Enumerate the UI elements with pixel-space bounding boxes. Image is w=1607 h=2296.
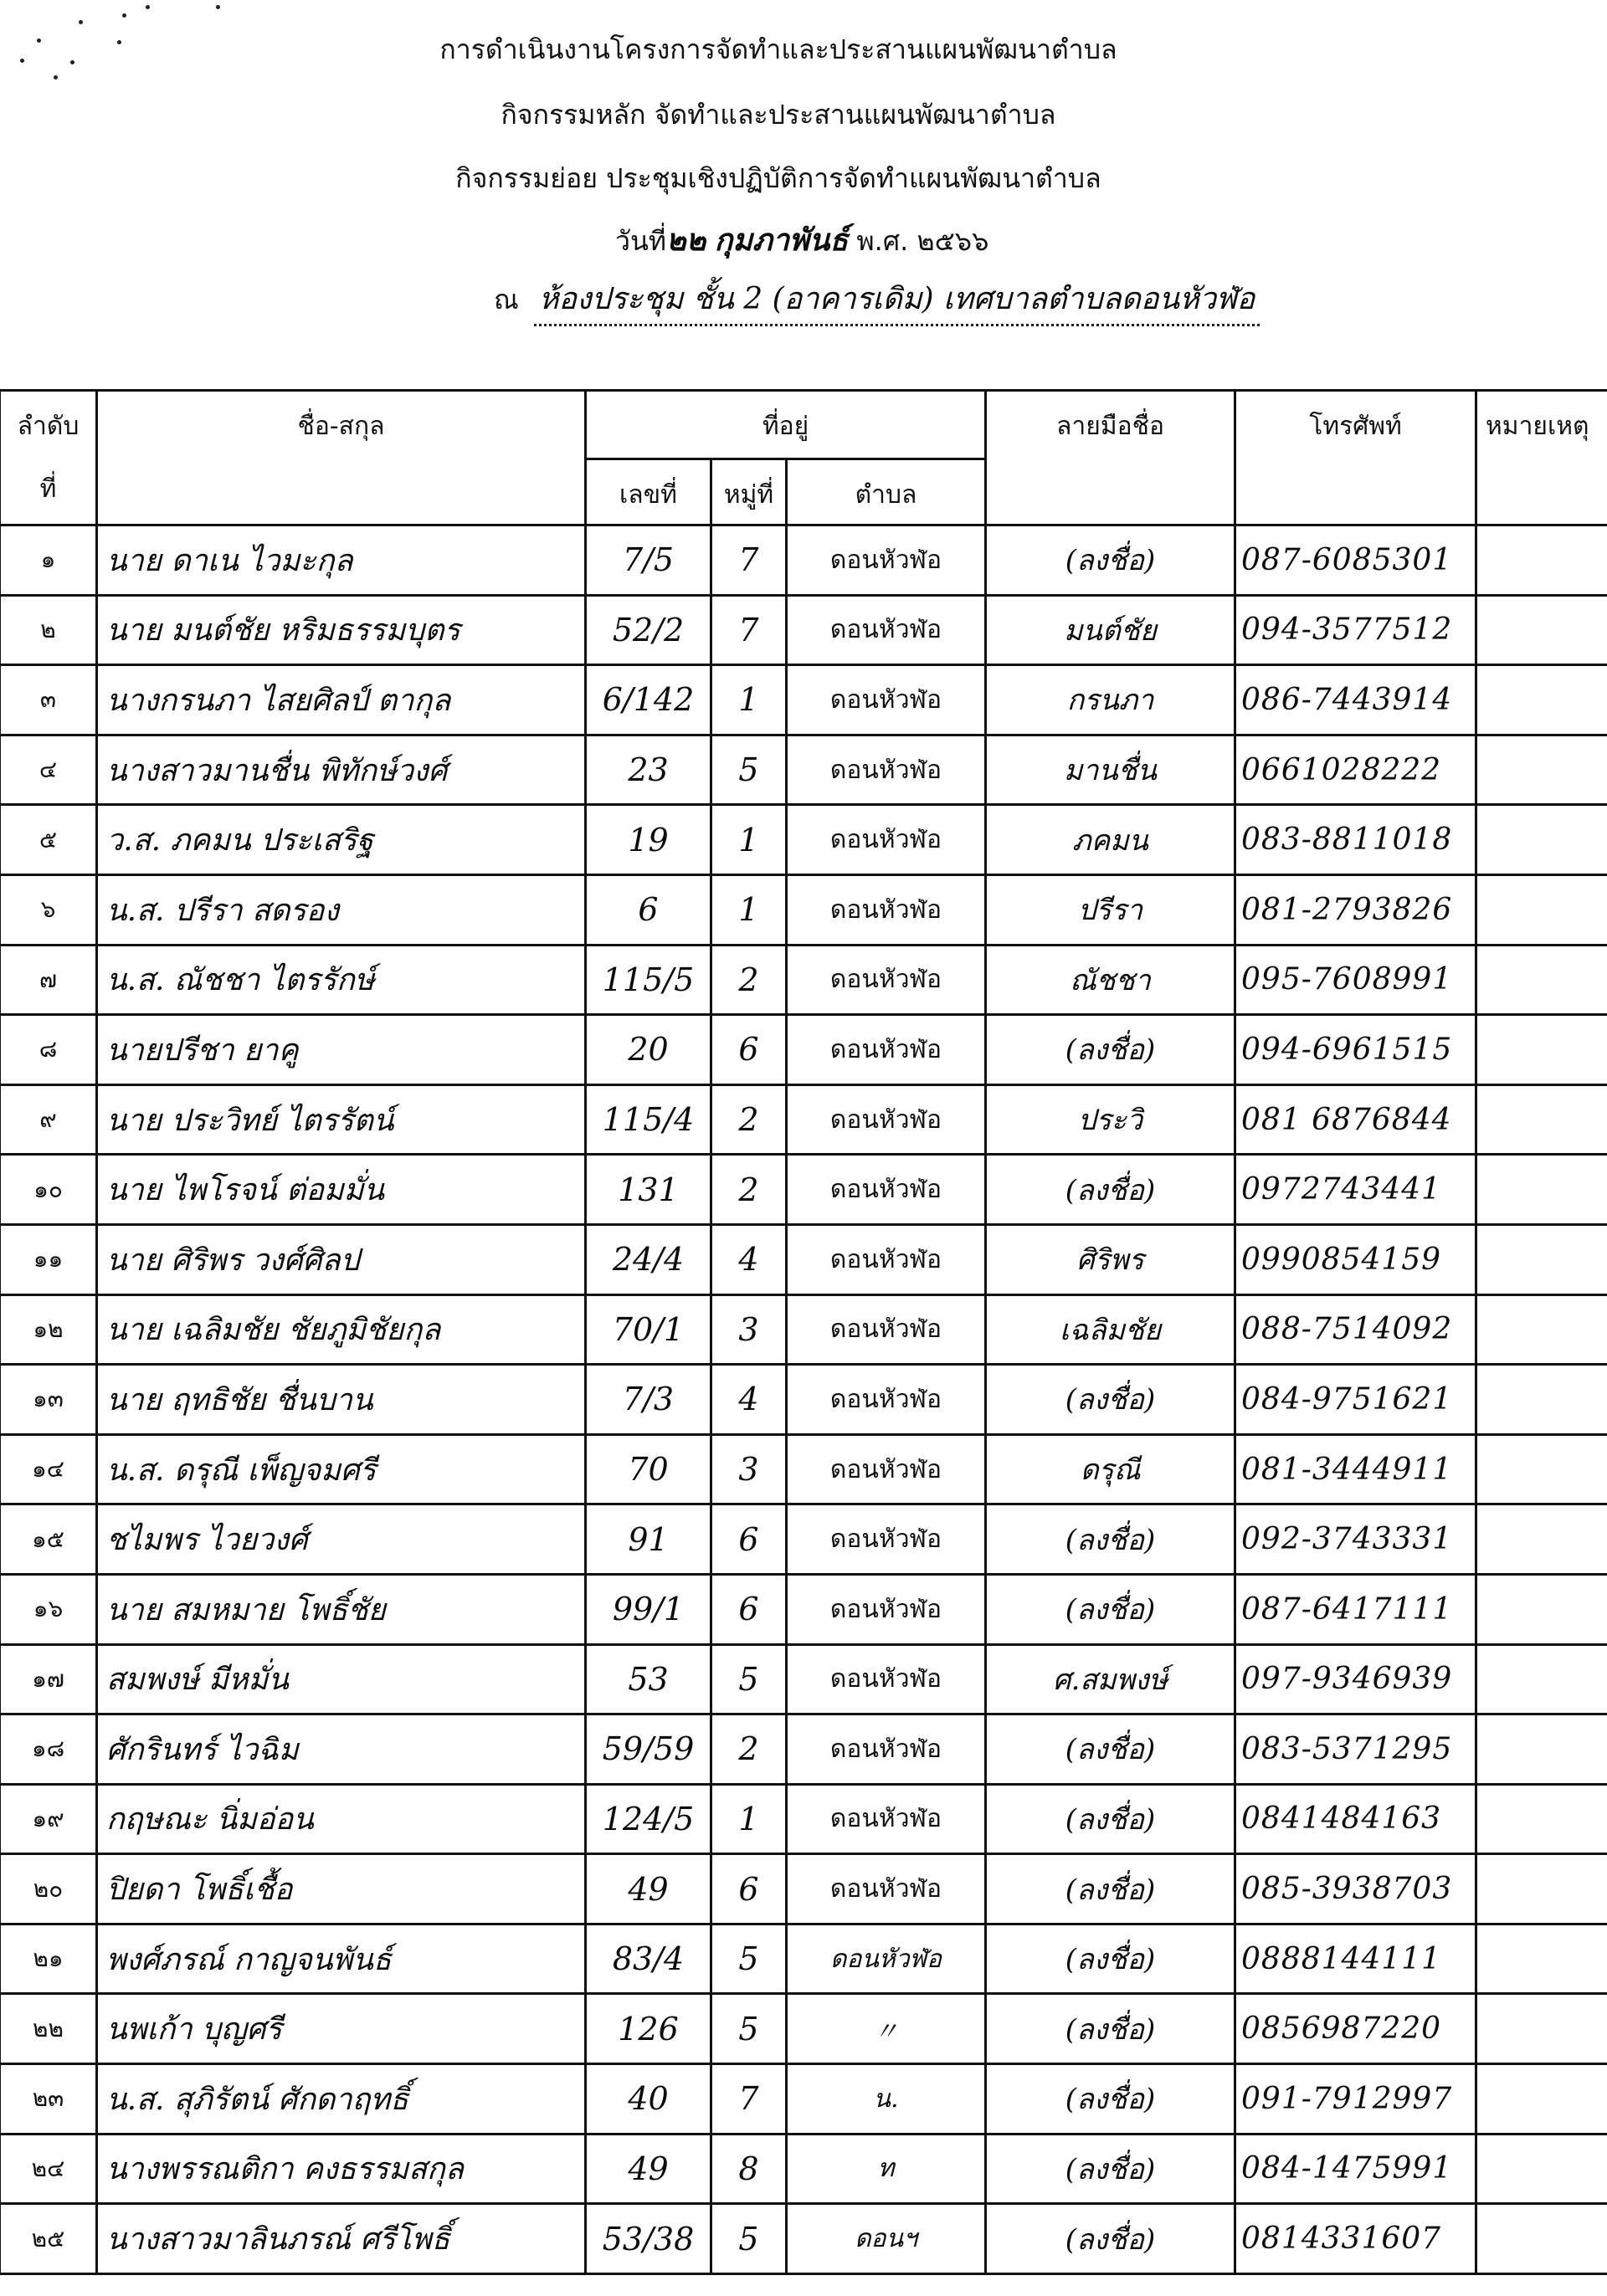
village-number: 2 xyxy=(711,1155,787,1225)
sub-activity: กิจกรรมย่อย ประชุมเชิงปฏิบัติการจัดทำแผน… xyxy=(0,157,1582,200)
note xyxy=(1476,1155,1607,1225)
table-row: ๒๔นางพรรณติกา คงธรรมสกุล498ท(ลงชื่อ)084-… xyxy=(0,2134,1607,2204)
row-index: ๕ xyxy=(0,805,97,875)
row-index: ๑๘ xyxy=(0,1714,97,1785)
col-phone: โทรศัพท์ xyxy=(1235,391,1476,525)
note xyxy=(1476,1994,1607,2064)
subdistrict: ดอนหัวฬ่อ xyxy=(787,1924,986,1994)
signature: (ลงชื่อ) xyxy=(986,2134,1235,2204)
attendee-name: นาย ไพโรจน์ ต่อมมั่น xyxy=(97,1155,586,1225)
house-number: 7/5 xyxy=(586,525,711,596)
signature: (ลงชื่อ) xyxy=(986,1504,1235,1575)
signature: (ลงชื่อ) xyxy=(986,1365,1235,1435)
house-number: 49 xyxy=(586,1854,711,1924)
row-index: ๑๓ xyxy=(0,1365,97,1435)
phone-number: 097-9346939 xyxy=(1235,1644,1476,1714)
phone-number: 084-9751621 xyxy=(1235,1365,1476,1435)
house-number: 70/1 xyxy=(586,1294,711,1365)
table-row: ๑๐นาย ไพโรจน์ ต่อมมั่น1312ดอนหัวฬ่อ(ลงชื… xyxy=(0,1155,1607,1225)
subdistrict: ดอนหัวฬ่อ xyxy=(787,1504,986,1575)
venue-line: ณห้องประชุม ชั้น 2 (อาคารเดิม) เทศบาลตำบ… xyxy=(494,274,1260,326)
subdistrict: ดอนหัวฬ่อ xyxy=(787,1574,986,1644)
note xyxy=(1476,735,1607,805)
note xyxy=(1476,874,1607,945)
attendee-name: น.ส. ปรีรา สดรอง xyxy=(97,874,586,945)
phone-number: 081-3444911 xyxy=(1235,1434,1476,1504)
subdistrict: ดอนหัวฬ่อ xyxy=(787,945,986,1015)
table-row: ๖น.ส. ปรีรา สดรอง61ดอนหัวฬ่อปรีรา081-279… xyxy=(0,874,1607,945)
attendee-name: ศักรินทร์ ไวฉิม xyxy=(97,1714,586,1785)
note xyxy=(1476,1644,1607,1714)
table-row: ๒๓น.ส. สุภิรัตน์ ศักดาฤทธิ์407น.(ลงชื่อ)… xyxy=(0,2064,1607,2135)
row-index: ๑๑ xyxy=(0,1224,97,1294)
col-house-no: เลขที่ xyxy=(586,459,711,525)
village-number: 4 xyxy=(711,1365,787,1435)
row-index: ๗ xyxy=(0,945,97,1015)
table-row: ๑๗สมพงษ์ มีหมั่น535ดอนหัวฬ่อศ.สมพงษ์097-… xyxy=(0,1644,1607,1714)
subdistrict: ดอนหัวฬ่อ xyxy=(787,1434,986,1504)
row-index: ๑๗ xyxy=(0,1644,97,1714)
note xyxy=(1476,1504,1607,1575)
phone-number: 081-2793826 xyxy=(1235,874,1476,945)
attendee-name: นาย ศิริพร วงศ์ศิลป xyxy=(97,1224,586,1294)
village-number: 5 xyxy=(711,1644,787,1714)
table-row: ๒นาย มนต์ชัย หริมธรรมบุตร52/27ดอนหัวฬ่อม… xyxy=(0,595,1607,665)
house-number: 23 xyxy=(586,735,711,805)
phone-number: 095-7608991 xyxy=(1235,945,1476,1015)
subdistrict: ดอนหัวฬ่อ xyxy=(787,1854,986,1924)
village-number: 2 xyxy=(711,1714,787,1785)
village-number: 5 xyxy=(711,1994,787,2064)
date-month: กุมภาพันธ์ xyxy=(715,223,849,258)
row-index: ๖ xyxy=(0,874,97,945)
signature: (ลงชื่อ) xyxy=(986,525,1235,596)
note xyxy=(1476,1714,1607,1785)
subdistrict: ดอนหัวฬ่อ xyxy=(787,1224,986,1294)
attendee-name: ปิยดา โพธิ์เชื้อ xyxy=(97,1854,586,1924)
note xyxy=(1476,1224,1607,1294)
phone-number: 0990854159 xyxy=(1235,1224,1476,1294)
village-number: 5 xyxy=(711,735,787,805)
phone-number: 092-3743331 xyxy=(1235,1504,1476,1575)
village-number: 7 xyxy=(711,595,787,665)
table-row: ๑๑นาย ศิริพร วงศ์ศิลป24/44ดอนหัวฬ่อศิริพ… xyxy=(0,1224,1607,1294)
village-number: 6 xyxy=(711,1574,787,1644)
house-number: 7/3 xyxy=(586,1365,711,1435)
house-number: 49 xyxy=(586,2134,711,2204)
note xyxy=(1476,1924,1607,1994)
subdistrict: ดอนหัวฬ่อ xyxy=(787,735,986,805)
house-number: 6/142 xyxy=(586,665,711,735)
row-index: ๓ xyxy=(0,665,97,735)
note xyxy=(1476,1574,1607,1644)
phone-number: 0856987220 xyxy=(1235,1994,1476,2064)
table-row: ๒๐ปิยดา โพธิ์เชื้อ496ดอนหัวฬ่อ(ลงชื่อ)08… xyxy=(0,1854,1607,1924)
note xyxy=(1476,2134,1607,2204)
scan-speck xyxy=(54,75,58,79)
village-number: 6 xyxy=(711,1015,787,1085)
table-row: ๙นาย ประวิทย์ ไตรรัตน์115/42ดอนหัวฬ่อประ… xyxy=(0,1084,1607,1155)
col-index-line2: ที่ xyxy=(1,469,95,509)
note xyxy=(1476,1434,1607,1504)
village-number: 1 xyxy=(711,874,787,945)
house-number: 91 xyxy=(586,1504,711,1575)
signature: ดรุณี xyxy=(986,1434,1235,1504)
table-row: ๗น.ส. ณัชชา ไตรรักษ์115/52ดอนหัวฬ่อณัชชา… xyxy=(0,945,1607,1015)
note xyxy=(1476,2204,1607,2274)
attendee-name: นายปรีชา ยาคู xyxy=(97,1015,586,1085)
house-number: 24/4 xyxy=(586,1224,711,1294)
subdistrict: ดอนหัวฬ่อ xyxy=(787,1714,986,1785)
row-index: ๑๒ xyxy=(0,1294,97,1365)
village-number: 1 xyxy=(711,805,787,875)
house-number: 126 xyxy=(586,1994,711,2064)
note xyxy=(1476,1854,1607,1924)
house-number: 83/4 xyxy=(586,1924,711,1994)
phone-number: 083-8811018 xyxy=(1235,805,1476,875)
phone-number: 086-7443914 xyxy=(1235,665,1476,735)
signature: มานชื่น xyxy=(986,735,1235,805)
date-line: วันที่๒๒ กุมภาพันธ์ พ.ศ. ๒๕๖๖ xyxy=(615,216,988,264)
house-number: 53/38 xyxy=(586,2204,711,2274)
attendee-name: ว.ส. ภคมน ประเสริฐ xyxy=(97,805,586,875)
house-number: 6 xyxy=(586,874,711,945)
table-row: ๑นาย ดาเน ไวมะกุล7/57ดอนหัวฬ่อ(ลงชื่อ)08… xyxy=(0,525,1607,596)
phone-number: 084-1475991 xyxy=(1235,2134,1476,2204)
table-row: ๑๘ศักรินทร์ ไวฉิม59/592ดอนหัวฬ่อ(ลงชื่อ)… xyxy=(0,1714,1607,1785)
date-label: วันที่ xyxy=(615,225,666,257)
signature: ศิริพร xyxy=(986,1224,1235,1294)
note xyxy=(1476,595,1607,665)
village-number: 3 xyxy=(711,1294,787,1365)
col-index: ลำดับ ที่ xyxy=(0,391,97,525)
col-address: ที่อยู่ xyxy=(586,391,986,459)
phone-number: 0972743441 xyxy=(1235,1155,1476,1225)
village-number: 4 xyxy=(711,1224,787,1294)
signature: มนต์ชัย xyxy=(986,595,1235,665)
col-signature: ลายมือชื่อ xyxy=(986,391,1235,525)
note xyxy=(1476,945,1607,1015)
phone-number: 088-7514092 xyxy=(1235,1294,1476,1365)
col-index-line1: ลำดับ xyxy=(1,407,95,446)
attendee-name: น.ส. สุภิรัตน์ ศักดาฤทธิ์ xyxy=(97,2064,586,2135)
subdistrict: น. xyxy=(787,2064,986,2135)
table-row: ๑๙กฤษณะ นิ่มอ่อน124/51ดอนหัวฬ่อ(ลงชื่อ)0… xyxy=(0,1784,1607,1854)
attendee-name: ชไมพร ไวยวงศ์ xyxy=(97,1504,586,1575)
note xyxy=(1476,1015,1607,1085)
attendee-name: นพเก้า บุญศรี xyxy=(97,1994,586,2064)
table-row: ๒๕นางสาวมาลินภรณ์ ศรีโพธิ์53/385ดอนฯ(ลงช… xyxy=(0,2204,1607,2274)
row-index: ๑๙ xyxy=(0,1784,97,1854)
table-row: ๑๒นาย เฉลิมชัย ชัยภูมิชัยกุล70/13ดอนหัวฬ… xyxy=(0,1294,1607,1365)
col-name: ชื่อ-สกุล xyxy=(97,391,586,525)
subdistrict: ดอนหัวฬ่อ xyxy=(787,874,986,945)
subdistrict: ดอนหัวฬ่อ xyxy=(787,805,986,875)
village-number: 6 xyxy=(711,1504,787,1575)
signature: (ลงชื่อ) xyxy=(986,2064,1235,2135)
phone-number: 085-3938703 xyxy=(1235,1854,1476,1924)
attendee-name: น.ส. ดรุณี เพ็ญจมศรี xyxy=(97,1434,586,1504)
subdistrict: ดอนหัวฬ่อ xyxy=(787,665,986,735)
scan-speck xyxy=(216,5,220,9)
village-number: 7 xyxy=(711,2064,787,2135)
row-index: ๘ xyxy=(0,1015,97,1085)
signature: (ลงชื่อ) xyxy=(986,1155,1235,1225)
subdistrict: ดอนหัวฬ่อ xyxy=(787,525,986,596)
attendee-name: นาย มนต์ชัย หริมธรรมบุตร xyxy=(97,595,586,665)
house-number: 40 xyxy=(586,2064,711,2135)
attendee-name: กฤษณะ นิ่มอ่อน xyxy=(97,1784,586,1854)
table-row: ๑๕ชไมพร ไวยวงศ์916ดอนหัวฬ่อ(ลงชื่อ)092-3… xyxy=(0,1504,1607,1575)
phone-number: 0841484163 xyxy=(1235,1784,1476,1854)
house-number: 99/1 xyxy=(586,1574,711,1644)
table-row: ๑๓นาย ฤทธิชัย ชื่นบาน7/34ดอนหัวฬ่อ(ลงชื่… xyxy=(0,1365,1607,1435)
signature: ณัชชา xyxy=(986,945,1235,1015)
attendee-name: นาย ประวิทย์ ไตรรัตน์ xyxy=(97,1084,586,1155)
attendee-name: สมพงษ์ มีหมั่น xyxy=(97,1644,586,1714)
house-number: 115/4 xyxy=(586,1084,711,1155)
table-row: ๘นายปรีชา ยาคู206ดอนหัวฬ่อ(ลงชื่อ)094-69… xyxy=(0,1015,1607,1085)
table-row: ๓นางกรนภา ไสยศิลป์ ตากุล6/1421ดอนหัวฬ่อก… xyxy=(0,665,1607,735)
scan-speck xyxy=(146,5,150,9)
signature: (ลงชื่อ) xyxy=(986,1015,1235,1085)
row-index: ๒๐ xyxy=(0,1854,97,1924)
note xyxy=(1476,1084,1607,1155)
col-tambon: ตำบล xyxy=(787,459,986,525)
attendee-name: นางพรรณติกา คงธรรมสกุล xyxy=(97,2134,586,2204)
subdistrict: ดอนหัวฬ่อ xyxy=(787,1644,986,1714)
phone-number: 081 6876844 xyxy=(1235,1084,1476,1155)
table-row: ๒๑พงศ์ภรณ์ กาญจนพันธ์83/45ดอนหัวฬ่อ(ลงชื… xyxy=(0,1924,1607,1994)
document-title: การดำเนินงานโครงการจัดทำและประสานแผนพัฒน… xyxy=(0,28,1582,71)
venue-value: ห้องประชุม ชั้น 2 (อาคารเดิม) เทศบาลตำบล… xyxy=(534,274,1260,326)
row-index: ๑ xyxy=(0,525,97,596)
village-number: 6 xyxy=(711,1854,787,1924)
subdistrict: ดอนหัวฬ่อ xyxy=(787,1365,986,1435)
signature: ประวิ xyxy=(986,1084,1235,1155)
note xyxy=(1476,1294,1607,1365)
row-index: ๔ xyxy=(0,735,97,805)
phone-number: 0661028222 xyxy=(1235,735,1476,805)
house-number: 70 xyxy=(586,1434,711,1504)
village-number: 7 xyxy=(711,525,787,596)
row-index: ๒ xyxy=(0,595,97,665)
row-index: ๒๒ xyxy=(0,1994,97,2064)
phone-number: 094-3577512 xyxy=(1235,595,1476,665)
attendee-name: น.ส. ณัชชา ไตรรักษ์ xyxy=(97,945,586,1015)
signature: ศ.สมพงษ์ xyxy=(986,1644,1235,1714)
phone-number: 0814331607 xyxy=(1235,2204,1476,2274)
subdistrict: ดอนหัวฬ่อ xyxy=(787,1784,986,1854)
row-index: ๒๔ xyxy=(0,2134,97,2204)
row-index: ๑๐ xyxy=(0,1155,97,1225)
row-index: ๑๖ xyxy=(0,1574,97,1644)
house-number: 124/5 xyxy=(586,1784,711,1854)
scan-speck xyxy=(122,13,126,18)
signature: (ลงชื่อ) xyxy=(986,1924,1235,1994)
note xyxy=(1476,1365,1607,1435)
row-index: ๒๕ xyxy=(0,2204,97,2274)
village-number: 1 xyxy=(711,1784,787,1854)
venue-label: ณ xyxy=(494,284,519,315)
phone-number: 087-6085301 xyxy=(1235,525,1476,596)
attendee-name: นางสาวมานชื่น พิทักษ์วงศ์ xyxy=(97,735,586,805)
subdistrict: ดอนหัวฬ่อ xyxy=(787,1084,986,1155)
note xyxy=(1476,2064,1607,2135)
house-number: 131 xyxy=(586,1155,711,1225)
village-number: 5 xyxy=(711,1924,787,1994)
col-note: หมายเหตุ xyxy=(1476,391,1607,525)
table-row: ๕ว.ส. ภคมน ประเสริฐ191ดอนหัวฬ่อภคมน083-8… xyxy=(0,805,1607,875)
phone-number: 0888144111 xyxy=(1235,1924,1476,1994)
village-number: 8 xyxy=(711,2134,787,2204)
signature: กรนภา xyxy=(986,665,1235,735)
table-row: ๑๖นาย สมหมาย โพธิ์ชัย99/16ดอนหัวฬ่อ(ลงชื… xyxy=(0,1574,1607,1644)
attendee-name: นางสาวมาลินภรณ์ ศรีโพธิ์ xyxy=(97,2204,586,2274)
phone-number: 091-7912997 xyxy=(1235,2064,1476,2135)
signature: ภคมน xyxy=(986,805,1235,875)
village-number: 2 xyxy=(711,945,787,1015)
scan-speck xyxy=(79,20,83,24)
village-number: 2 xyxy=(711,1084,787,1155)
subdistrict: 〃 xyxy=(787,1994,986,2064)
row-index: ๑๔ xyxy=(0,1434,97,1504)
attendee-name: นาย ฤทธิชัย ชื่นบาน xyxy=(97,1365,586,1435)
subdistrict: ดอนหัวฬ่อ xyxy=(787,1294,986,1365)
subdistrict: ดอนฯ xyxy=(787,2204,986,2274)
subdistrict: ดอนหัวฬ่อ xyxy=(787,1155,986,1225)
table-row: ๒๒นพเก้า บุญศรี1265〃(ลงชื่อ)0856987220 xyxy=(0,1994,1607,2064)
house-number: 59/59 xyxy=(586,1714,711,1785)
subdistrict: ดอนหัวฬ่อ xyxy=(787,1015,986,1085)
phone-number: 094-6961515 xyxy=(1235,1015,1476,1085)
signature: (ลงชื่อ) xyxy=(986,1994,1235,2064)
note xyxy=(1476,665,1607,735)
house-number: 53 xyxy=(586,1644,711,1714)
main-activity: กิจกรรมหลัก จัดทำและประสานแผนพัฒนาตำบล xyxy=(0,94,1582,136)
attendee-name: นาย สมหมาย โพธิ์ชัย xyxy=(97,1574,586,1644)
signature: ปรีรา xyxy=(986,874,1235,945)
row-index: ๒๑ xyxy=(0,1924,97,1994)
date-day: ๒๒ xyxy=(666,223,706,258)
attendee-name: นาย ดาเน ไวมะกุล xyxy=(97,525,586,596)
table-row: ๔นางสาวมานชื่น พิทักษ์วงศ์235ดอนหัวฬ่อมา… xyxy=(0,735,1607,805)
signature: (ลงชื่อ) xyxy=(986,1714,1235,1785)
row-index: ๒๓ xyxy=(0,2064,97,2135)
house-number: 19 xyxy=(586,805,711,875)
row-index: ๙ xyxy=(0,1084,97,1155)
signature: เฉลิมชัย xyxy=(986,1294,1235,1365)
subdistrict: ท xyxy=(787,2134,986,2204)
note xyxy=(1476,805,1607,875)
signature: (ลงชื่อ) xyxy=(986,2204,1235,2274)
signature: (ลงชื่อ) xyxy=(986,1854,1235,1924)
row-index: ๑๕ xyxy=(0,1504,97,1575)
house-number: 115/5 xyxy=(586,945,711,1015)
note xyxy=(1476,525,1607,596)
attendance-table: ลำดับ ที่ ชื่อ-สกุล ที่อยู่ ลายมือชื่อ โ… xyxy=(0,389,1607,2275)
note xyxy=(1476,1784,1607,1854)
attendee-name: พงศ์ภรณ์ กาญจนพันธ์ xyxy=(97,1924,586,1994)
table-row: ๑๔น.ส. ดรุณี เพ็ญจมศรี703ดอนหัวฬ่อดรุณี0… xyxy=(0,1434,1607,1504)
subdistrict: ดอนหัวฬ่อ xyxy=(787,595,986,665)
date-year: พ.ศ. ๒๕๖๖ xyxy=(857,225,989,257)
signature: (ลงชื่อ) xyxy=(986,1574,1235,1644)
village-number: 1 xyxy=(711,665,787,735)
signature: (ลงชื่อ) xyxy=(986,1784,1235,1854)
attendee-name: นางกรนภา ไสยศิลป์ ตากุล xyxy=(97,665,586,735)
village-number: 5 xyxy=(711,2204,787,2274)
village-number: 3 xyxy=(711,1434,787,1504)
house-number: 20 xyxy=(586,1015,711,1085)
house-number: 52/2 xyxy=(586,595,711,665)
attendee-name: นาย เฉลิมชัย ชัยภูมิชัยกุล xyxy=(97,1294,586,1365)
phone-number: 087-6417111 xyxy=(1235,1574,1476,1644)
phone-number: 083-5371295 xyxy=(1235,1714,1476,1785)
col-moo: หมู่ที่ xyxy=(711,459,787,525)
